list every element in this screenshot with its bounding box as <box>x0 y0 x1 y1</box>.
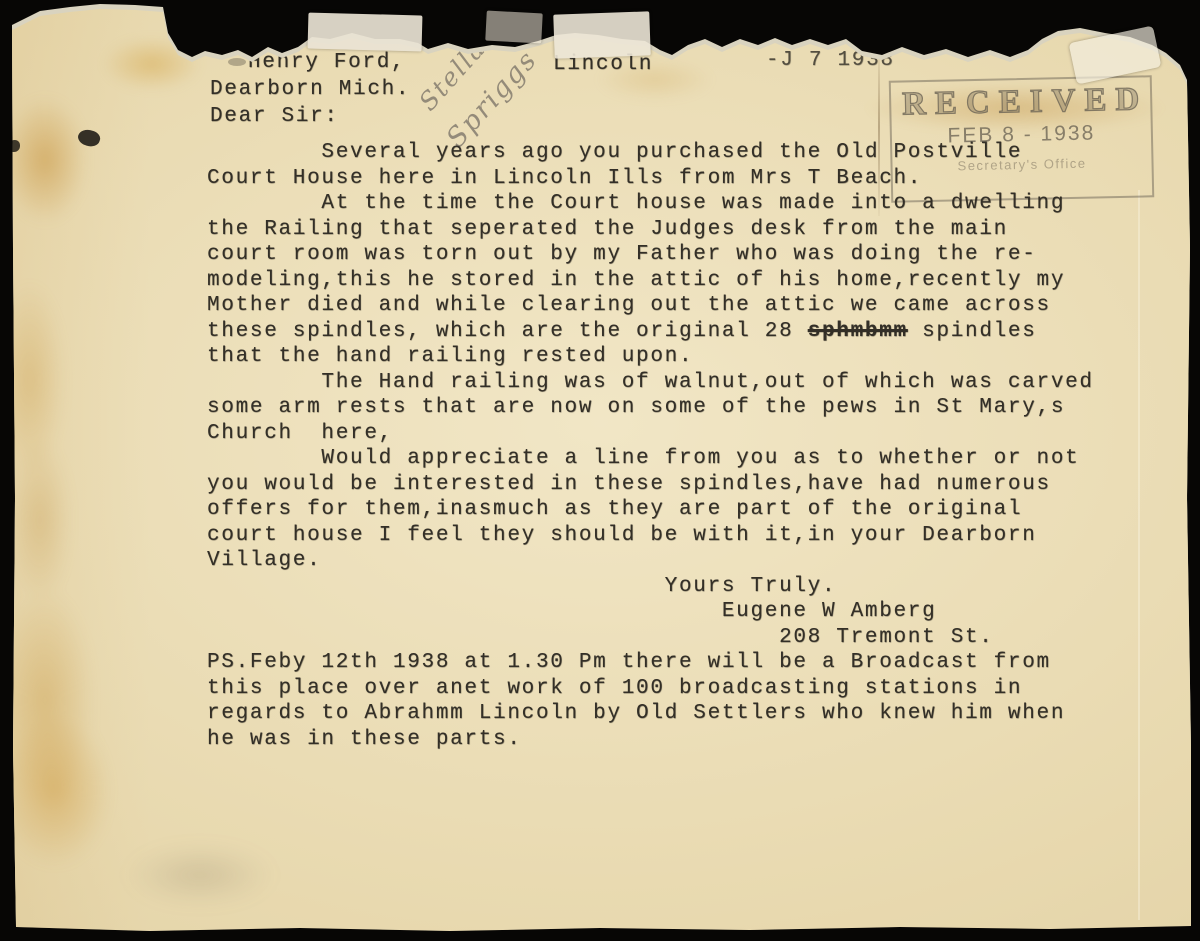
struck-out-word: sphmbmm <box>808 320 908 343</box>
letter-line: he was in these parts. <box>207 727 1094 753</box>
letter-signature-address: 208 Tremont St. <box>207 625 1094 651</box>
stain-left-edge <box>0 80 120 880</box>
letter-line: Church here, <box>207 421 1094 447</box>
scanned-letter-document: Henry Ford, Dearborn Mich. Dear Sir: Lin… <box>0 0 1200 941</box>
ink-speck <box>76 127 102 149</box>
stain-bottom-left <box>110 835 290 915</box>
letter-paper: Henry Ford, Dearborn Mich. Dear Sir: Lin… <box>0 0 1200 941</box>
letter-line-with-strikeout: these spindles, which are the original 2… <box>207 319 1094 345</box>
letter-line: modeling,this he stored in the attic of … <box>207 268 1094 294</box>
tape-piece <box>485 11 542 44</box>
letter-line: court house I feel they should be with i… <box>207 523 1094 549</box>
strike-post-text: spindles <box>908 320 1037 343</box>
paper-crease-right <box>1138 190 1140 920</box>
letter-line: you would be interested in these spindle… <box>207 472 1094 498</box>
letter-signature: Eugene W Amberg <box>207 599 1094 625</box>
tape-piece <box>553 11 650 58</box>
strike-pre-text: these spindles, which are the original 2… <box>207 320 808 343</box>
letter-line: court room was torn out by my Father who… <box>207 242 1094 268</box>
stain-top-left <box>92 28 212 100</box>
letter-line: that the hand railing rested upon. <box>207 344 1094 370</box>
letter-line: some arm rests that are now on some of t… <box>207 395 1094 421</box>
letter-line: the Railing that seperated the Judges de… <box>207 217 1094 243</box>
letter-line: Would appreciate a line from you as to w… <box>207 446 1094 472</box>
letter-line: regards to Abrahmm Lincoln by Old Settle… <box>207 701 1094 727</box>
recipient-address: Dearborn Mich. <box>210 77 410 103</box>
date-line: -J 7 1938 <box>766 48 895 74</box>
recipient-name: Henry Ford, <box>248 50 405 76</box>
letter-body: Several years ago you purchased the Old … <box>207 140 1094 752</box>
tape-piece <box>308 13 423 52</box>
letter-line: offers for them,inasmuch as they are par… <box>207 497 1094 523</box>
letter-line: this place over anet work of 100 broadca… <box>207 676 1094 702</box>
letter-line: Village. <box>207 548 1094 574</box>
ink-speck <box>8 140 20 152</box>
letter-line: Court House here in Lincoln Ills from Mr… <box>207 166 1094 192</box>
letter-line: At the time the Court house was made int… <box>207 191 1094 217</box>
pencil-smudge <box>228 58 246 66</box>
letter-closing: Yours Truly. <box>207 574 1094 600</box>
letter-line: The Hand railing was of walnut,out of wh… <box>207 370 1094 396</box>
received-stamp-title: RECEIVED <box>891 81 1151 123</box>
letter-line: Mother died and while clearing out the a… <box>207 293 1094 319</box>
salutation: Dear Sir: <box>210 104 339 130</box>
letter-line: Several years ago you purchased the Old … <box>207 140 1094 166</box>
letter-line: PS.Feby 12th 1938 at 1.30 Pm there will … <box>207 650 1094 676</box>
